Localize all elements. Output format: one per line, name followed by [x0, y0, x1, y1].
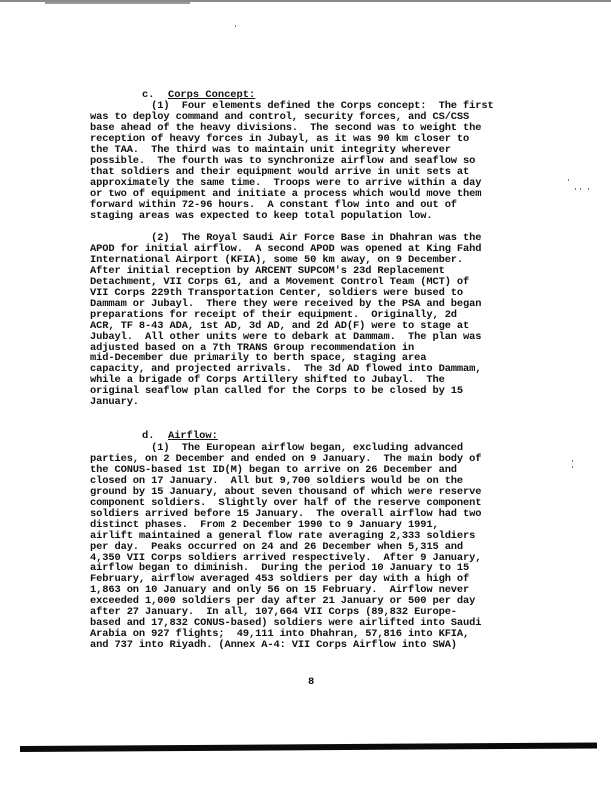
text-line: ACR, TF 8-43 ADA, 1st AD, 3d AD, and 2d … — [90, 321, 560, 332]
text-line: January. — [90, 397, 560, 408]
text-line: or two of equipment and initiate a proce… — [90, 189, 560, 200]
text-line: Jubayl. All other units were to debark a… — [90, 332, 560, 343]
section-c-paragraph-1: (1) Four elements defined the Corps conc… — [90, 101, 560, 221]
text-line: airlift maintained a general flow rate a… — [90, 531, 560, 542]
scan-speck — [588, 188, 589, 190]
text-line: per day. Peaks occurred on 24 and 26 Dec… — [90, 542, 560, 553]
text-line: approximately the same time. Troops were… — [90, 178, 560, 189]
text-line: distinct phases. From 2 December 1990 to… — [90, 520, 560, 531]
section-c-paragraph-2: (2) The Royal Saudi Air Force Base in Dh… — [90, 233, 560, 408]
scan-top-smudge — [45, 2, 190, 4]
text-line: staging areas was expected to keep total… — [90, 211, 560, 222]
section-d-letter: d. — [142, 431, 168, 442]
text-line: and 737 into Riyadh. (Annex A-4: VII Cor… — [90, 640, 560, 651]
text-line: original seaflow plan called for the Cor… — [90, 386, 560, 397]
scan-speck — [572, 466, 573, 468]
scan-speck — [572, 460, 573, 462]
scan-speck — [580, 188, 581, 190]
text-line: preparations for receipt of their equipm… — [90, 310, 560, 321]
scan-speck — [235, 25, 236, 27]
page-number: 8 — [308, 676, 314, 688]
section-d-paragraph-1: (1) The European airflow began, excludin… — [90, 443, 560, 651]
scan-speck — [575, 188, 576, 190]
text-line: forward within 72-96 hours. A constant f… — [90, 200, 560, 211]
section-d-title: Airflow: — [168, 430, 218, 442]
scan-speck — [568, 179, 569, 181]
scan-bottom-bar — [20, 742, 597, 752]
